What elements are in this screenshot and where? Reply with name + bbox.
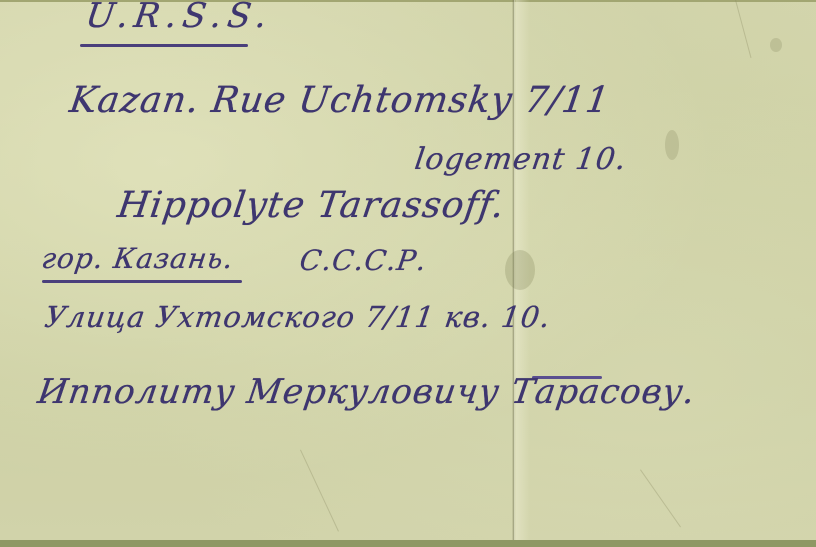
address-latin-text: Kazan. Rue Uchtomsky 7/11 — [67, 80, 613, 121]
city-underline — [42, 280, 242, 283]
paper-stain — [505, 250, 535, 290]
city-cyrillic-text: гор. Казань. — [40, 242, 236, 275]
paper-stain — [770, 38, 782, 52]
recipient-cyrillic-text: Ипполиту Меркуловичу Тарасову. — [35, 372, 698, 412]
country-latin-text: U.R.S.S. — [83, 0, 275, 36]
paper-bottom-edge — [0, 540, 816, 547]
street-cyrillic-text: Улица Ухтомского 7/11 кв. 10. — [43, 300, 553, 334]
country-underline — [80, 44, 248, 47]
apartment-latin-text: logement 10. — [413, 142, 629, 177]
country-cyrillic-text: С.С.С.Р. — [298, 244, 429, 277]
recipient-latin-text: Hippolyte Tarassoff. — [115, 185, 507, 226]
paper-stain — [665, 130, 679, 160]
